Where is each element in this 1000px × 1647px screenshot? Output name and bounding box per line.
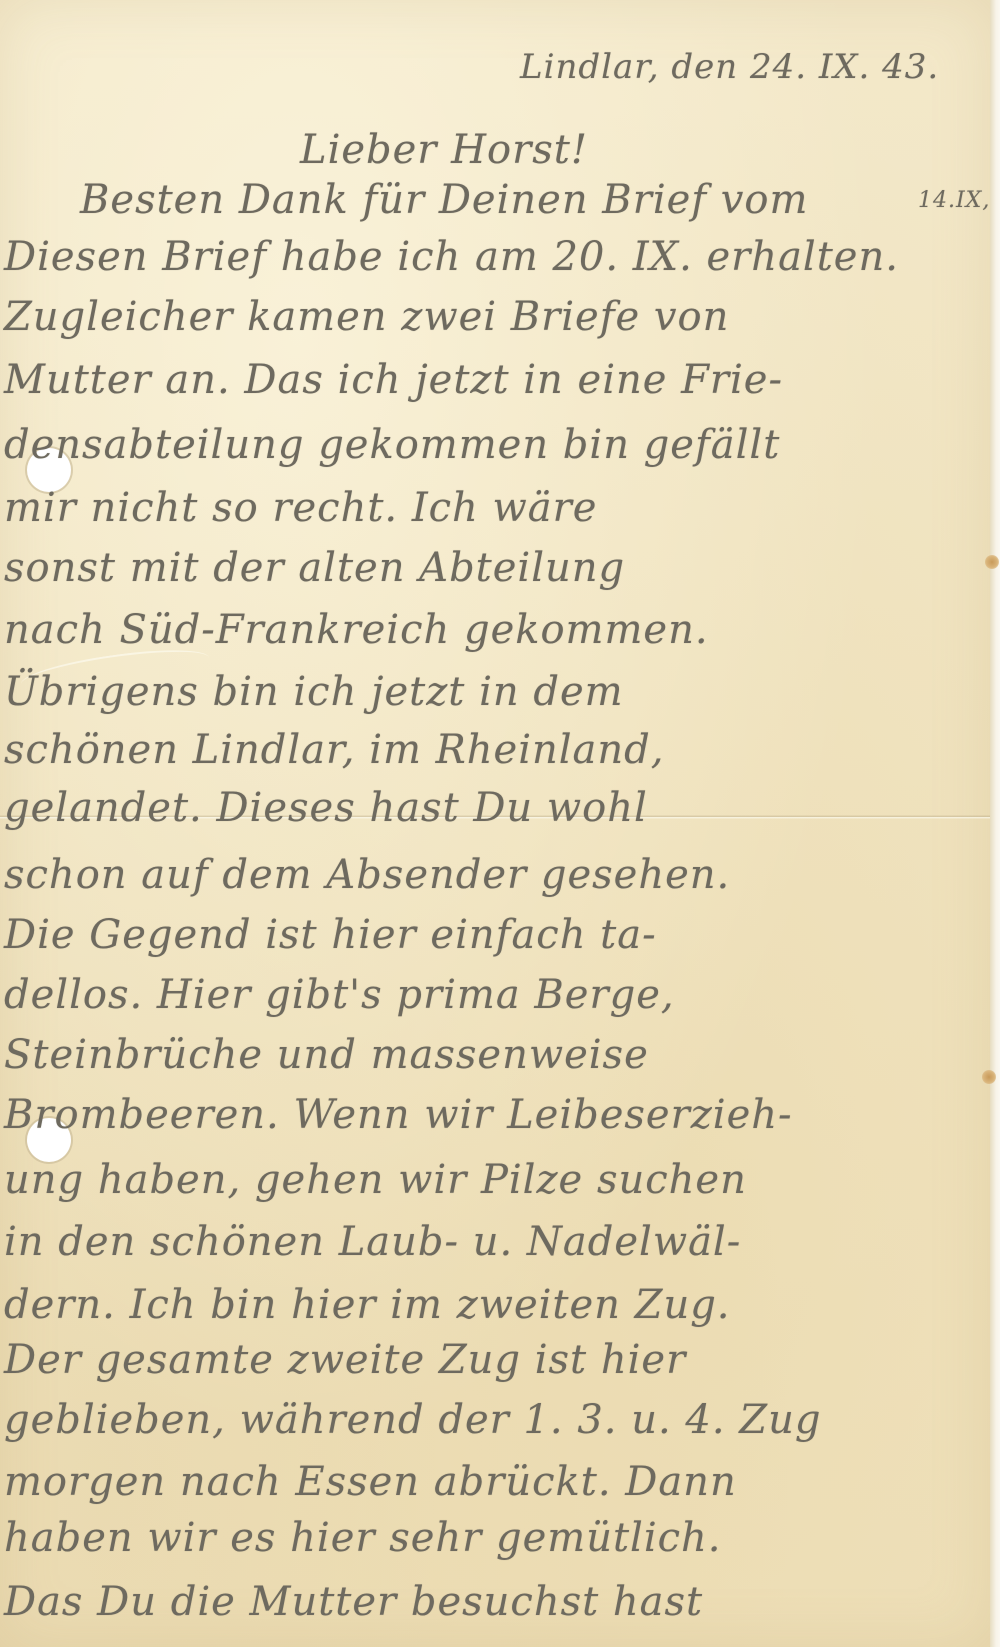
paper-edge xyxy=(990,0,1000,1647)
letter-line: schönen Lindlar, im Rheinland, xyxy=(4,730,664,770)
letter-line: Übrigens bin ich jetzt in dem xyxy=(4,672,624,712)
letter-line: Mutter an. Das ich jetzt in eine Frie- xyxy=(4,360,783,400)
letter-line: in den schönen Laub- u. Nadelwäl- xyxy=(4,1222,741,1262)
letter-line: dern. Ich bin hier im zweiten Zug. xyxy=(4,1285,731,1325)
letter-line: Diesen Brief habe ich am 20. IX. erhalte… xyxy=(4,237,899,277)
letter-line: Zugleicher kamen zwei Briefe von xyxy=(4,297,729,337)
letter-line: Das Du die Mutter besuchst hast xyxy=(4,1582,703,1622)
letter-line: mir nicht so recht. Ich wäre xyxy=(4,488,597,528)
letter-line: dellos. Hier gibt's prima Berge, xyxy=(4,975,675,1015)
letter-line: morgen nach Essen abrückt. Dann xyxy=(4,1462,737,1502)
letter-line: Die Gegend ist hier einfach ta- xyxy=(4,915,657,955)
place-date: Lindlar, den 24. IX. 43. xyxy=(520,50,939,84)
letter-line: densabteilung gekommen bin gefällt xyxy=(4,425,780,465)
letter-text: Lindlar, den 24. IX. 43. Lieber Horst! B… xyxy=(0,0,990,1647)
letter-line: Der gesamte zweite Zug ist hier xyxy=(4,1340,686,1380)
letter-line: sonst mit der alten Abteilung xyxy=(4,548,625,588)
letter-line: geblieben, während der 1. 3. u. 4. Zug xyxy=(4,1400,821,1440)
referenced-date: 14.IX, xyxy=(918,190,990,212)
letter-line: gelandet. Dieses hast Du wohl xyxy=(4,788,648,828)
letter-line: schon auf dem Absender gesehen. xyxy=(4,855,730,895)
letter-line: haben wir es hier sehr gemütlich. xyxy=(4,1518,722,1558)
letter-line: Steinbrüche und massenweise xyxy=(4,1035,649,1075)
salutation: Lieber Horst! xyxy=(300,130,588,170)
letter-line: nach Süd-Frankreich gekommen. xyxy=(4,610,709,650)
letter-line: ung haben, gehen wir Pilze suchen xyxy=(4,1160,747,1200)
letter-line: Brombeeren. Wenn wir Leibeserzieh- xyxy=(4,1095,793,1135)
letter-line: Besten Dank für Deinen Brief vom xyxy=(80,180,808,220)
